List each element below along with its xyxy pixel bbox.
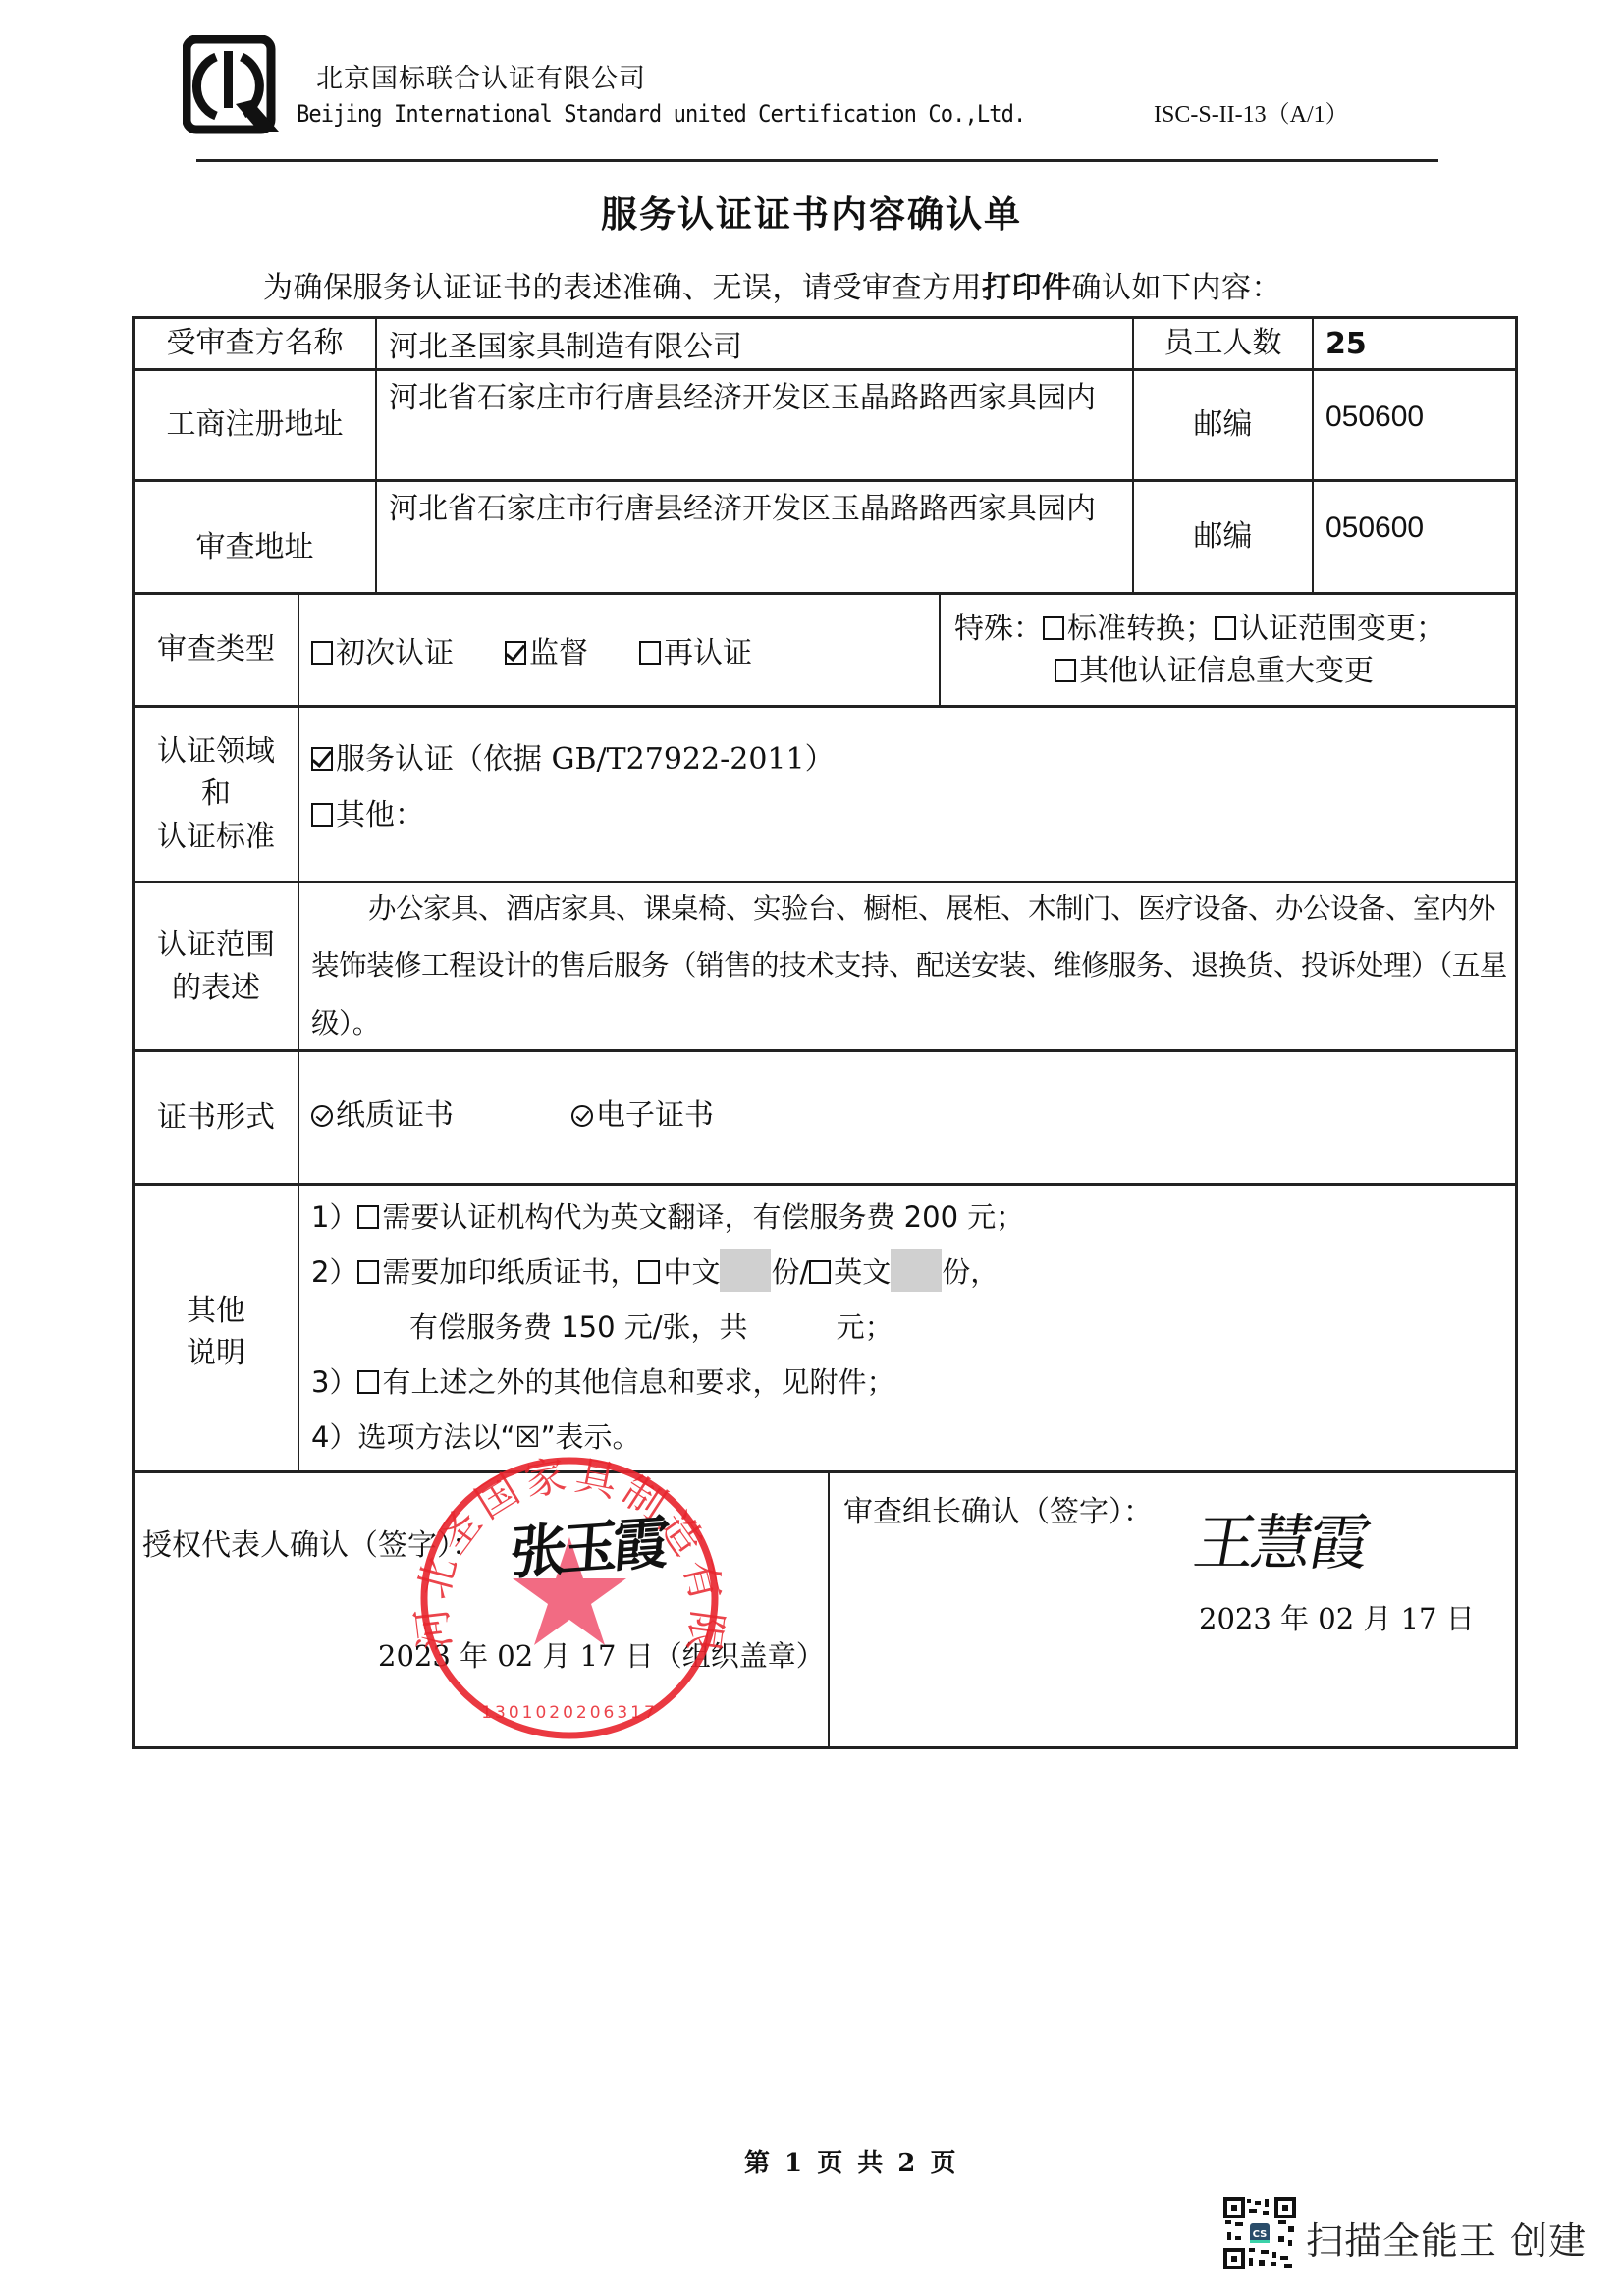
option-standard-transition[interactable]: 标准转换； [1043,612,1215,646]
option-recertification[interactable]: 再认证 [639,628,752,671]
leader-date: 2023 年 02 月 17 日 [1199,1597,1475,1637]
row-other-notes: 其他 说明 1）需要认证机构代为英文翻译，有偿服务费 200 元； 2）需要加印… [135,1186,1515,1473]
special-line-1: 特殊：标准转换；认证范围变更； [954,608,1445,651]
page-number: 第 1 页 共 2 页 [744,2143,958,2179]
special-line-2: 其他认证信息重大变更 [954,650,1374,693]
checkbox-other-requirements[interactable] [357,1370,379,1394]
special-options: 特殊：标准转换；认证范围变更； 其他认证信息重大变更 [941,595,1515,705]
audit-address-field[interactable]: 河北省石家庄市行唐县经济开发区玉晶路路西家具园内 [377,482,1134,592]
company-name-cn: 北京国标联合认证有限公司 [316,57,646,95]
option-label: 标准转换； [1067,612,1215,646]
item-text: 需要加印纸质证书， [382,1255,638,1289]
auditee-label: 受审查方名称 [135,319,377,368]
company-seal: 河北圣国家具制造有限公司 1301020206317 [412,1451,727,1745]
label-line: 认证标准 [157,816,275,859]
radio-electronic-checked[interactable] [571,1105,593,1127]
option-service-certification[interactable]: 服务认证（依据 GB/T27922-2011） [311,731,835,787]
registered-address-label: 工商注册地址 [135,371,377,479]
option-electronic-certificate[interactable]: 电子证书 [571,1091,714,1134]
leader-signature: 王慧霞 [1188,1494,1375,1581]
option-initial-certification[interactable]: 初次认证 [311,628,454,671]
postcode-label: 邮编 [1134,371,1314,479]
option-label: 服务认证（依据 GB/T27922-2011） [336,742,835,776]
page-title: 服务认证证书内容确认单 [0,185,1623,238]
option-other-field[interactable]: 其他： [311,787,424,843]
note-item-2: 2）需要加印纸质证书，中文份/英文份， [311,1246,999,1301]
note-item-1: 1）需要认证机构代为英文翻译，有偿服务费 200 元； [311,1191,1024,1246]
registered-address-field[interactable]: 河北省石家庄市行唐县经济开发区玉晶路路西家具园内 [377,371,1134,479]
row-auditee: 受审查方名称 河北圣国家具制造有限公司 员工人数 25 [135,319,1515,371]
item-text: 有上述之外的其他信息和要求，见附件； [382,1365,894,1399]
checkbox-chinese-copies[interactable] [638,1260,660,1284]
label-line: 认证领域 [157,730,275,774]
special-prefix: 特殊： [954,612,1043,646]
item-text: 份/ [771,1255,809,1289]
svg-text:1301020206317: 1301020206317 [481,1703,658,1723]
other-notes: 1）需要认证机构代为英文翻译，有偿服务费 200 元； 2）需要加印纸质证书，中… [299,1186,1515,1470]
employees-label: 员工人数 [1134,319,1314,368]
cert-field-label: 认证领域 和 认证标准 [135,708,299,881]
audit-type-options: 初次认证 监督 再认证 [299,595,941,705]
item-text: 选项方法以“☒”表示。 [357,1420,640,1454]
scope-label: 认证范围 的表述 [135,883,299,1049]
label-line: 说明 [187,1332,245,1375]
registered-postcode-field[interactable]: 050600 [1314,371,1515,479]
checkbox-other-field[interactable] [311,803,333,827]
checkbox-english-translation[interactable] [357,1205,379,1229]
audit-postcode-field[interactable]: 050600 [1314,482,1515,592]
item-prefix: 3） [311,1365,357,1399]
cert-field-options: 服务认证（依据 GB/T27922-2011） 其他： [299,708,1515,881]
option-label: 再认证 [664,636,752,670]
item-text: 需要认证机构代为英文翻译，有偿服务费 200 元； [382,1201,1024,1234]
employees-field[interactable]: 25 [1314,319,1515,368]
intro-text: 为确保服务认证证书的表述准确、无误，请受审查方用打印件确认如下内容： [263,263,1281,306]
checkbox-other-major-change[interactable] [1055,659,1076,682]
leader-label: 审查组长确认（签字）： [843,1487,1153,1530]
english-copies-field[interactable] [891,1249,942,1292]
audit-address-label: 审查地址 [135,482,377,592]
note-item-3: 3）有上述之外的其他信息和要求，见附件； [311,1356,894,1411]
checkbox-service-cert-checked[interactable] [311,747,333,771]
header-divider [196,159,1438,162]
row-cert-form: 证书形式 纸质证书 电子证书 [135,1052,1515,1186]
row-registered-address: 工商注册地址 河北省石家庄市行唐县经济开发区玉晶路路西家具园内 邮编 05060… [135,371,1515,482]
cert-form-label: 证书形式 [135,1052,299,1183]
option-label: 其他认证信息重大变更 [1079,654,1374,688]
item-text: 英文 [834,1255,891,1289]
radio-paper-checked[interactable] [311,1105,333,1127]
document-code: ISC-S-II-13（A/1） [1154,94,1349,129]
checkbox-scope-change[interactable] [1215,616,1236,640]
svg-text:CS: CS [1253,2229,1268,2240]
intro-after: 确认如下内容： [1072,271,1282,305]
camscanner-watermark: 扫描全能王 创建 [1306,2211,1587,2265]
checkbox-surveillance-checked[interactable] [505,641,526,665]
item-prefix: 4） [311,1420,357,1454]
option-label: 纸质证书 [336,1098,454,1133]
row-audit-address: 审查地址 河北省石家庄市行唐县经济开发区玉晶路路西家具园内 邮编 050600 [135,482,1515,595]
option-label: 监督 [529,636,588,670]
row-audit-type: 审查类型 初次认证 监督 再认证 特殊：标准转换；认证范围变更； 其他认证信息重… [135,595,1515,708]
option-label: 认证范围变更； [1239,612,1445,646]
representative-signature: 张玉霞 [508,1496,667,1590]
intro-bold: 打印件 [982,271,1072,305]
item-text: 中文 [663,1255,720,1289]
option-label: 电子证书 [596,1098,714,1133]
chinese-copies-field[interactable] [720,1249,771,1292]
item-text: 份， [942,1255,999,1289]
note-item-2-fee: 有偿服务费 150 元/张，共元； [311,1301,893,1356]
row-cert-field: 认证领域 和 认证标准 服务认证（依据 GB/T27922-2011） 其他： [135,708,1515,883]
isc-logo-icon [183,35,283,137]
leader-signoff: 审查组长确认（签字）： 2023 年 02 月 17 日 [830,1473,1515,1746]
intro-before: 为确保服务认证证书的表述准确、无误，请受审查方用 [263,271,982,305]
checkbox-recert[interactable] [639,641,661,665]
cert-form-options: 纸质证书 电子证书 [299,1052,1515,1183]
other-label: 其他 说明 [135,1186,299,1470]
company-name-en: Beijing International Standard united Ce… [297,100,1025,128]
fee-text: 有偿服务费 150 元/张，共 [409,1310,748,1344]
checkbox-english-copies[interactable] [809,1260,831,1284]
option-surveillance[interactable]: 监督 [505,628,588,671]
item-prefix: 1） [311,1201,357,1234]
fee-text: 元； [837,1310,893,1344]
label-line: 和 [201,773,231,816]
label-line: 其他 [187,1290,245,1333]
option-label: 其他： [336,798,424,832]
item-prefix: 2） [311,1255,357,1289]
label-line: 认证范围 [157,924,275,967]
checkbox-extra-paper[interactable] [357,1260,379,1284]
option-scope-change[interactable]: 认证范围变更； [1215,612,1445,646]
row-scope: 认证范围 的表述 办公家具、酒店家具、课桌椅、实验台、橱柜、展柜、木制门、医疗设… [135,883,1515,1052]
option-label: 初次认证 [336,636,454,670]
option-other-major-change[interactable]: 其他认证信息重大变更 [1055,654,1374,688]
checkbox-initial[interactable] [311,641,333,665]
label-line: 的表述 [172,967,260,1010]
scope-text[interactable]: 办公家具、酒店家具、课桌椅、实验台、橱柜、展柜、木制门、医疗设备、办公设备、室内… [299,883,1515,1049]
checkbox-standard-transition[interactable] [1043,616,1064,640]
postcode-label: 邮编 [1134,482,1314,592]
qr-code-icon: CS [1223,2197,1296,2269]
auditee-name-field[interactable]: 河北圣国家具制造有限公司 [377,319,1134,368]
audit-type-label: 审查类型 [135,595,299,705]
option-paper-certificate[interactable]: 纸质证书 [311,1091,454,1134]
